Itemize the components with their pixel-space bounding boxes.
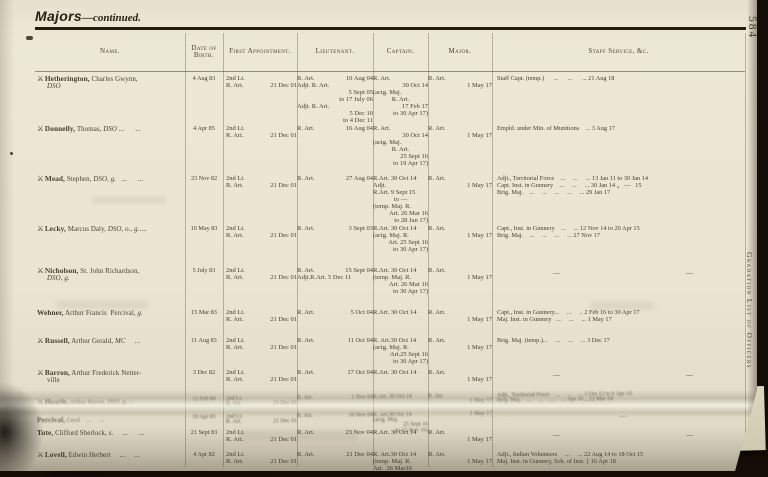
header-captain: Captain. (373, 33, 428, 71)
cell-line-part: 3 Sept 03 (348, 225, 373, 232)
cell-line: R. Art. (428, 125, 492, 132)
cell-line: Art. 25 Sept 16 (373, 239, 428, 246)
cell-line: 1 May 17 (428, 399, 492, 405)
cell-line: 1 May 17 (428, 232, 492, 239)
table-row: ⚔Hetherington, Charles Gwynn,DSO4 Aug 83… (35, 74, 745, 124)
table-row: ⚔Nicholson, St. John Richardson,DSO, g.5… (35, 266, 745, 308)
date-of-birth-cell: 4 Aug 83 (185, 74, 223, 124)
surname: Lecky, (45, 224, 66, 233)
lieutenant-cell: R. Art.27 Aug 04 (297, 174, 373, 224)
cell-line: R. Art. (428, 267, 492, 274)
name-cell: ⚔Lovell, Edwin Herbert ... ... (35, 450, 185, 477)
cell-line-part: R. Art. (297, 267, 315, 274)
lieutenant-cell: R. Art.11 Oct 04 (297, 336, 373, 368)
crossed-swords-icon: ⚔ (37, 450, 44, 459)
name-part: Marcus Daly, (66, 226, 108, 233)
lieutenant-cell: R. Art.10 Aug 04Adjt. R. Art.5 Sept 05to… (297, 74, 373, 124)
surname: Tute, (37, 428, 53, 437)
cell-line: R. Art.30 Oct 14 (373, 337, 428, 344)
officer-name-line: ⚔Hearle, Arthur Basset, DSO, g. .. (37, 398, 185, 407)
table-row: ⚔Lovell, Edwin Herbert ... ...4 Apr 822n… (35, 450, 745, 477)
cell-line: Empld. under Min. of Munitions ... 3 Aug… (497, 125, 745, 132)
surname: Donnelly, (45, 124, 75, 133)
cell-line: R. Art. (373, 125, 428, 132)
major-cell: R. Art.1 May 17 (428, 368, 492, 394)
cell-line: 17 Feb 17 (373, 103, 428, 110)
date-of-birth: 21 Sept 83 (185, 429, 223, 436)
cell-line: R. Art.10 Aug 04 (297, 75, 373, 82)
empty-dash: — (497, 409, 745, 422)
major-cell: R. Art.1 May 17 (428, 224, 492, 266)
header-first-appointment: First Appointment. (223, 33, 297, 71)
name-part: ... ... (116, 176, 143, 183)
cell-line: R. Art. (373, 75, 428, 82)
date-of-birth: 11 Aug 83 (185, 337, 223, 344)
cell-line: R. Art.16 Aug 04 (297, 125, 373, 132)
book-photo: OF THE Majors—continued. Name. Date of B… (0, 0, 768, 477)
date-of-birth-cell: 5 July 83 (185, 266, 223, 308)
cell-line: R. Art.3 Sept 03 (297, 225, 373, 232)
cell-line: R.Art. 30 Oct 14 (373, 309, 428, 316)
captain-cell: R. Art.30 Oct 14(actg. Maj.R. Art.17 Feb… (373, 74, 428, 124)
header-lieutenant: Lieutenant. (297, 33, 373, 71)
cell-line-part: 21 Dec 01 (270, 458, 297, 465)
cell-line-part: R. Art. (297, 337, 315, 344)
staff-service-cell: Capt., Inst. in Gunnery ... ... 12 Nov 1… (492, 224, 745, 266)
cell-line-part: 21 Dec 01 (270, 232, 297, 239)
officer-name-line: Tute, Clifford Sherlock, s. ... ... (37, 429, 185, 437)
cell-line: Adjt. R. Art. (297, 103, 373, 110)
officer-name-line: ⚔Donnelly, Thomas, DSO ... ... (37, 125, 185, 133)
cell-line: 2nd Lt. (226, 309, 297, 316)
cell-line: 1 May 17 (428, 182, 492, 189)
captain-cell: R. Art.30 Oct 14(actg. Maj. R.Art.25 Sep… (373, 336, 428, 368)
name-part: DSO, g. (107, 399, 127, 405)
cell-line: to 17 July 06 (297, 96, 373, 103)
lieutenant-cell: R. Art.23 Nov 04 (297, 428, 373, 450)
cell-line-part: 21 Dec 01 (270, 436, 297, 443)
cell-line-part: R. Art. (226, 402, 242, 407)
cell-line-part: R. Art. (297, 414, 313, 419)
major-cell: R. Art.1 May 17 (428, 174, 492, 224)
cell-line-part: R. Art. (226, 182, 244, 189)
cell-line: R. Art.21 Dec 01 (226, 182, 297, 189)
cell-line: 5 Sept 05 (297, 89, 373, 96)
date-of-birth: 4 Apr 82 (185, 451, 223, 458)
name-part: ... ... (113, 430, 144, 437)
cell-line: R. Art. (428, 337, 492, 344)
empty-dash: —— (497, 267, 745, 277)
date-of-birth-cell: 23 Nov 82 (185, 174, 223, 224)
cell-line: R. Art. (428, 75, 492, 82)
cell-line: 5 Dec 10 (297, 110, 373, 117)
lieutenant-cell: R. Art.3 Sept 03 (297, 224, 373, 266)
cell-line: Adjt. (373, 182, 428, 189)
officer-name-line: Wehner, Arthur Francis Percival, g. (37, 309, 185, 317)
cell-line-part: R. Art. (226, 436, 244, 443)
cell-line: R. Art. (428, 309, 492, 316)
cell-line: R. Art.21 Dec 01 (226, 401, 297, 407)
captain-cell: R.Art. 30 Oct 14 (373, 308, 428, 336)
date-of-birth: 15 Mar 83 (185, 309, 223, 316)
header-major: Major. (428, 33, 492, 71)
surname: Hetherington, (45, 74, 90, 83)
lieutenant-cell: R. Art.1 Nov 04 (297, 394, 373, 413)
cell-line: R. Art. (428, 175, 492, 182)
cell-line: Brig. Maj. ... ... ... ... ... 29 Jan 17 (497, 189, 745, 196)
first-appointment-cell: 2nd Lt.R. Art.21 Dec 01 (223, 124, 297, 174)
cell-line-part: R. Art. (226, 232, 244, 239)
lieutenant-cell: R. Art.16 Aug 04 (297, 124, 373, 174)
crossed-swords-icon: ⚔ (37, 74, 44, 83)
cell-line: R.Art. 30 Oct 14 (373, 267, 428, 274)
cell-line: 2nd Lt. (226, 429, 297, 436)
surname: Russell, (45, 336, 70, 345)
cell-line-part: R. Art. (226, 274, 244, 281)
surname: Hearle, (45, 397, 69, 406)
officer-name-line: ⚔Mead, Stephen, DSO, g. ... ... (37, 175, 185, 183)
name-part: Stephen, (65, 176, 93, 183)
surname: Mead, (45, 174, 65, 183)
name-part: Clifford Sherlock, (53, 430, 108, 437)
name-part: DSO, g. (93, 176, 116, 183)
cell-line: to 30 Apr 17) (373, 288, 428, 295)
date-of-birth: 23 Nov 82 (185, 175, 223, 182)
crossed-swords-icon: ⚔ (37, 224, 44, 233)
date-of-birth-cell: 4 Apr 82 (185, 450, 223, 477)
cell-line: (temp. Maj. R. (373, 274, 428, 281)
cell-line: Adjt., Indian Volunteers ... ... 22 Aug … (497, 451, 745, 458)
header-name: Name. (35, 33, 185, 71)
page: Majors—continued. Name. Date of Birth. F… (0, 0, 757, 471)
cell-line: Capt., Inst. in Gunnery... ... .. 2 Feb … (497, 309, 745, 316)
cell-line-part: 10 Nov 04 (349, 413, 373, 419)
cell-line: to 4 Dec 11 (297, 117, 373, 124)
cell-line-part: R. Art. (297, 75, 315, 82)
cell-line-part: R. Art. (297, 369, 315, 376)
cell-line: 1 May 17 (428, 274, 492, 281)
first-appointment-cell: 2nd Lt.R. Art.21 Dec 01 (223, 450, 297, 477)
cell-line: 2nd Lt. (226, 125, 297, 132)
first-appointment-cell: 2nd Lt.R. Art.21 Dec 01 (223, 174, 297, 224)
cell-line: R.Art. 30 Oct 14 (373, 225, 428, 232)
date-of-birth-cell: 21 Sept 83 (185, 428, 223, 450)
cell-line: 1 May 17 (428, 82, 492, 89)
name-part: .... (140, 226, 147, 233)
cell-line: R. Art. (373, 96, 428, 103)
table-row: ⚔Donnelly, Thomas, DSO ... ...4 Apr 852n… (35, 124, 745, 174)
crossed-swords-icon: ⚔ (37, 124, 44, 133)
first-appointment-cell: 2nd Lt.R. Art.21 Dec 01 (223, 266, 297, 308)
surname: Wehner, (37, 308, 64, 317)
name-part: Thomas, (75, 126, 103, 133)
major-cell: R. Art.1 May 17 (428, 124, 492, 174)
officer-name-line: ville (47, 377, 185, 384)
section-title-bold: Majors (35, 8, 82, 24)
cell-line: R. Art.21 Dec 01 (226, 458, 297, 465)
staff-service-cell: Capt., Inst. in Gunnery... ... .. 2 Feb … (492, 308, 745, 336)
captain-cell: R.Art. 30 Oct 14 (373, 394, 428, 413)
ink-speck (26, 36, 33, 40)
name-part: Arthur Basset, (68, 399, 107, 405)
cell-line: R. Art.21 Dec 01 (226, 344, 297, 351)
dash: — (553, 371, 560, 379)
captain-cell: R.Art. 30 Oct 14 (373, 368, 428, 394)
cell-line-part: R. Art. (297, 175, 315, 182)
officer-name-line: ⚔Hetherington, Charles Gwynn, (37, 75, 185, 83)
cell-line: R. Art.23 Nov 04 (297, 429, 373, 436)
first-appointment-cell: 2nd Lt.R. Art.21 Dec 01 (223, 224, 297, 266)
cell-line-part: R. Art. (297, 396, 313, 401)
name-part: ville (47, 377, 60, 384)
cell-line: Brig. Maj. ... ... ... ... 27 Nov 17 (497, 232, 745, 239)
cell-line: R. Art.11 Oct 04 (297, 337, 373, 344)
cell-line: to 30 Apr 17) (373, 110, 428, 117)
name-cell: ⚔Hetherington, Charles Gwynn,DSO (35, 74, 185, 124)
cell-line: R. Art.21 Dec 01 (226, 274, 297, 281)
cell-line: to 30 Apr 17) (373, 246, 428, 253)
major-cell: R. Art.1 May 17 (428, 428, 492, 450)
surname: Lovell, (45, 450, 67, 459)
cell-line: 1 May 17 (428, 436, 492, 443)
table-body: ⚔Hetherington, Charles Gwynn,DSO4 Aug 83… (35, 74, 745, 477)
cell-line-part: R. Art. (226, 316, 244, 323)
officer-name-line: DSO (47, 83, 185, 90)
major-cell: R. Art.1 May 17 (428, 393, 492, 412)
officer-name-line: Percival, Cecil ... ... (37, 416, 185, 425)
dash: — (686, 371, 693, 379)
header-date-of-birth: Date of Birth. (185, 33, 223, 71)
name-part: DSO (47, 83, 61, 90)
name-part: DSO, g. (47, 275, 70, 282)
cell-line: 2nd Lt. (226, 225, 297, 232)
officer-name-line: ⚔Nicholson, St. John Richardson, (37, 267, 185, 275)
name-part: St. John Richardson, (78, 268, 139, 275)
cell-line: Art. 26 Mar 16 (373, 281, 428, 288)
cell-line: Capt., Inst. in Gunnery ... ... 12 Nov 1… (497, 225, 745, 232)
first-appointment-cell: 2nd Lt.R. Art.21 Dec 01 (223, 368, 297, 394)
cell-line-part: R. Art. (226, 376, 244, 383)
name-cell: ⚔Russell, Arthur Gerald, MC ... (35, 336, 185, 368)
table-header: Name. Date of Birth. First Appointment. … (35, 33, 745, 72)
cell-line: to 30 Apr 17) (373, 358, 428, 365)
cell-line-part: 23 Nov 04 (346, 429, 373, 436)
major-cell: R. Art.1 May 17 (428, 336, 492, 368)
officer-name-line: ⚔Lovell, Edwin Herbert ... ... (37, 451, 185, 459)
dash: — (686, 269, 693, 277)
date-of-birth: 3 Dec 82 (185, 369, 223, 376)
date-of-birth-cell: 4 Apr 85 (185, 124, 223, 174)
name-part: Edwin Herbert ... ... (67, 452, 140, 459)
date-of-birth: 10 Apr 83 (185, 415, 223, 421)
dash: — (553, 269, 560, 277)
cell-line: 2nd Lt. (226, 75, 297, 82)
name-part: Arthur Gerald, (70, 338, 115, 345)
cell-line: R. Art.17 Oct 04 (297, 369, 373, 376)
cell-line: 1 May 17 (428, 344, 492, 351)
surname: Barron, (45, 368, 70, 377)
date-of-birth-cell: 12 Feb 84 (185, 396, 223, 414)
cell-line: R. Art. (428, 369, 492, 376)
cell-line: (actg. Maj. R. (373, 344, 428, 351)
cell-line: R. Art. (428, 451, 492, 458)
cell-line: to 19 Apr 17) (373, 160, 428, 167)
cell-line: Adjt., Territorial Force ... ... ... 13 … (497, 175, 745, 182)
cell-line: Art. 26 Mar16 (373, 465, 428, 472)
cell-line: R. Art.10 Nov 04 (297, 413, 373, 419)
major-cell: R. Art.1 May 17 (428, 450, 492, 477)
name-part: ... (126, 338, 141, 345)
cell-line-part: 21 Dec 01 (270, 376, 297, 383)
cell-line: 2nd Lt. (226, 337, 297, 344)
staff-service-cell: —— (492, 428, 745, 450)
name-cell: ⚔Nicholson, St. John Richardson,DSO, g. (35, 266, 185, 308)
cell-line: R. Art.21 Dec 01 (226, 419, 297, 425)
cell-line: R. Art.21 Dec 01 (226, 132, 297, 139)
crossed-swords-icon: ⚔ (37, 336, 44, 345)
name-cell: Wehner, Arthur Francis Percival, g. (35, 308, 185, 336)
date-of-birth: 12 Feb 84 (185, 397, 223, 403)
officer-name-line: ⚔Russell, Arthur Gerald, MC ... (37, 337, 185, 345)
cell-line: R. Art.21 Dec 01 (226, 316, 297, 323)
cell-line: R. Art.21 Dec 01 (226, 82, 297, 89)
cell-line: R. Art.15 Sept 04 (297, 267, 373, 274)
cell-line: 2nd Lt. (226, 267, 297, 274)
name-part: MC (115, 338, 126, 345)
officer-name-line: ⚔Barron, Arthur Frederick Netter- (37, 369, 185, 377)
date-of-birth-cell: 10 May 83 (185, 224, 223, 266)
cell-line: Maj. Inst. in Gunnery ... ... ... 1 May … (497, 316, 745, 323)
date-of-birth: 4 Aug 83 (185, 75, 223, 82)
first-appointment-cell: 2nd Lt.R. Art.21 Dec 01 (223, 308, 297, 336)
cell-line-part: 21 Dec 04 (346, 451, 373, 458)
staff-service-cell: Staff Capt. (temp.) ... ... ... 21 Aug 1… (492, 74, 745, 124)
staff-service-cell: Empld. under Min. of Munitions ... 3 Aug… (492, 124, 745, 174)
name-part: Arthur Frederick Netter- (70, 370, 141, 377)
captain-cell: R.Art. 30 Oct 14(temp. Maj. R.Art. 26 Ma… (373, 266, 428, 308)
empty-dash: —— (497, 369, 745, 379)
cell-line: R.Art. 30 Oct 14 (373, 369, 428, 376)
captain-cell: R. Art.30 Oct 14(actg. Maj.R. Art.25 Sep… (373, 124, 428, 174)
cell-line: R. Art.21 Dec 01 (226, 376, 297, 383)
surname: Percival, (37, 415, 65, 424)
crossed-swords-icon: ⚔ (37, 174, 44, 183)
cell-line-part: 21 Dec 01 (273, 419, 297, 424)
cell-line-part: R. Art. (226, 458, 244, 465)
ink-speck (10, 152, 13, 155)
name-part: g. (137, 310, 142, 317)
table-row: ⚔Mead, Stephen, DSO, g. ... ...23 Nov 82… (35, 174, 745, 224)
cell-line-part: R. Art. (297, 225, 315, 232)
cell-line-part: 1 Nov 04 (351, 395, 373, 400)
cell-line: (temp. Maj. R. (373, 458, 428, 465)
cell-line: 30 Oct 14 (373, 82, 428, 89)
table-row: ⚔Russell, Arthur Gerald, MC ...11 Aug 83… (35, 336, 745, 368)
page-number: 584 (746, 16, 758, 56)
crossed-swords-icon: ⚔ (37, 266, 44, 275)
cell-line: to — (373, 196, 428, 203)
date-of-birth-cell: 15 Mar 83 (185, 308, 223, 336)
name-part: DSO, o., g. (108, 226, 140, 233)
cell-line: 1 May 17 (428, 458, 492, 465)
name-cell: Tute, Clifford Sherlock, s. ... ... (35, 428, 185, 450)
cell-line: Staff Capt. (temp.) ... ... ... 21 Aug 1… (497, 75, 745, 82)
cell-line: (actg. Maj. R. (373, 232, 428, 239)
date-of-birth-cell: 11 Aug 83 (185, 336, 223, 368)
cell-line: 1 May 17 (428, 412, 492, 418)
dash: — (686, 431, 693, 439)
cell-line: 30 Oct 14 (373, 132, 428, 139)
name-part: Arthur Francis Percival, (64, 310, 138, 317)
dash: — (553, 431, 560, 439)
date-of-birth-cell: 3 Dec 82 (185, 368, 223, 394)
cell-line: 1 May 17 (428, 316, 492, 323)
officer-name-line: DSO, g. (47, 275, 185, 282)
cell-line: Maj. Inst. in Gunnery, Sch. of Inst. } 1… (497, 458, 745, 465)
cell-line: 2nd Lt. (226, 175, 297, 182)
name-part: DSO (103, 126, 117, 133)
section-title-continued: —continued. (82, 12, 141, 24)
cell-line-part: R. Art. (226, 420, 242, 425)
cell-line: R. Art.1 Nov 04 (297, 395, 373, 401)
header-staff-service: Staff Service, &c. (492, 33, 745, 71)
cell-line-part: 16 Aug 04 (346, 125, 373, 132)
first-appointment-cell: 2nd Lt.R. Art.21 Dec 01 (223, 428, 297, 450)
cell-line: (actg. Maj. (373, 139, 428, 146)
captain-cell: R.Art. 30 Oct 14 (373, 428, 428, 450)
cell-line-part: 11 Oct 04 (348, 337, 373, 344)
cell-line: 2nd Lt. (226, 451, 297, 458)
cell-line-part: 15 Sept 04 (345, 267, 373, 274)
cell-line: R. Art.27 Aug 04 (297, 175, 373, 182)
officer-name-line: ⚔Lecky, Marcus Daly, DSO, o., g..... (37, 225, 185, 233)
cell-line-part: 21 Dec 01 (270, 132, 297, 139)
cell-line: Adjt.R.Art. 5 Dec 11 (297, 274, 373, 281)
cell-line: Adjt. R. Art. (297, 82, 373, 89)
cell-line-part: R. Art. (297, 125, 315, 132)
title-rule (35, 27, 746, 30)
cell-line-part: R. Art. (297, 451, 315, 458)
name-part: Cecil ... ... (65, 417, 104, 423)
name-part: Charles Gwynn, (90, 76, 138, 83)
cell-line: R. Art. (428, 225, 492, 232)
cell-line: (actg. Maj. (373, 89, 428, 96)
cell-line: R. Art. (428, 429, 492, 436)
cell-line-part: R. Art. (297, 429, 315, 436)
crossed-swords-icon: ⚔ (37, 397, 44, 406)
name-part: ... ... (117, 126, 141, 133)
cell-line: R.Art. 9 Sept 15 (373, 189, 428, 196)
cell-line: 1 May 17 (428, 132, 492, 139)
table-row: Tute, Clifford Sherlock, s. ... ...21 Se… (35, 428, 745, 450)
name-cell: ⚔Hearle, Arthur Basset, DSO, g. .. (35, 397, 185, 417)
captain-cell: R. Art.30 Oct 14(temp. Maj. R.Art. 26 Ma… (373, 450, 428, 477)
first-appointment-cell: 2nd Lt.R. Art.21 Dec 01 (223, 336, 297, 368)
cell-line: Capt. Inst. in Gunnery ... ... ... 30 Ja… (497, 182, 745, 189)
lieutenant-cell: R. Art.17 Oct 04 (297, 368, 373, 394)
crossed-swords-icon: ⚔ (37, 368, 44, 377)
lieutenant-cell: R. Art.21 Dec 04 (297, 450, 373, 477)
cell-line: R. Art. (373, 146, 428, 153)
cell-line-part: 21 Dec 01 (270, 316, 297, 323)
cell-line-part: 21 Dec 01 (270, 82, 297, 89)
major-cell: R. Art.1 May 17 (428, 308, 492, 336)
cell-line: R. Art.21 Dec 01 (226, 436, 297, 443)
cell-line-part: 21 Dec 01 (270, 182, 297, 189)
cell-line-part: R. Art. (226, 82, 244, 89)
cell-line-part: R. Art. (297, 309, 315, 316)
staff-service-cell: Adjt., Territorial Force ... ... ... 13 … (492, 174, 745, 224)
